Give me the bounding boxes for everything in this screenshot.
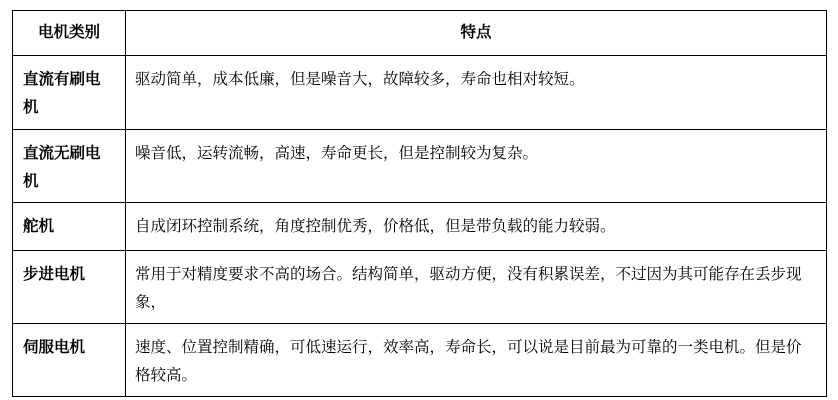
features-cell: 噪音低，运转流畅，高速，寿命更长，但是控制较为复杂。 — [126, 130, 827, 203]
column-header-features: 特点 — [126, 11, 827, 56]
table-row: 直流有刷电机 驱动简单，成本低廉，但是噪音大，故障较多，寿命也相对较短。 — [13, 56, 827, 130]
features-cell: 自成闭环控制系统，角度控制优秀，价格低，但是带负载的能力较弱。 — [126, 203, 827, 251]
table-row: 直流无刷电机 噪音低，运转流畅，高速，寿命更长，但是控制较为复杂。 — [13, 130, 827, 203]
table-row: 舵机 自成闭环控制系统，角度控制优秀，价格低，但是带负载的能力较弱。 — [13, 203, 827, 251]
motor-category-cell: 直流有刷电机 — [13, 56, 126, 130]
column-header-motor-type: 电机类别 — [13, 11, 126, 56]
page: 电机类别 特点 直流有刷电机 驱动简单，成本低廉，但是噪音大，故障较多，寿命也相… — [0, 0, 838, 400]
motor-category-cell: 直流无刷电机 — [13, 130, 126, 203]
motor-category-cell: 伺服电机 — [13, 324, 126, 397]
motor-category-cell: 舵机 — [13, 203, 126, 251]
table-row: 伺服电机 速度、位置控制精确，可低速运行，效率高，寿命长，可以说是目前最为可靠的… — [13, 324, 827, 397]
motor-comparison-table: 电机类别 特点 直流有刷电机 驱动简单，成本低廉，但是噪音大，故障较多，寿命也相… — [12, 10, 827, 397]
table-row: 步进电机 常用于对精度要求不高的场合。结构简单，驱动方便，没有积累误差，不过因为… — [13, 251, 827, 324]
features-cell: 驱动简单，成本低廉，但是噪音大，故障较多，寿命也相对较短。 — [126, 56, 827, 130]
features-cell: 速度、位置控制精确，可低速运行，效率高，寿命长，可以说是目前最为可靠的一类电机。… — [126, 324, 827, 397]
motor-category-cell: 步进电机 — [13, 251, 126, 324]
features-cell: 常用于对精度要求不高的场合。结构简单，驱动方便，没有积累误差，不过因为其可能存在… — [126, 251, 827, 324]
header-row: 电机类别 特点 — [13, 11, 827, 56]
